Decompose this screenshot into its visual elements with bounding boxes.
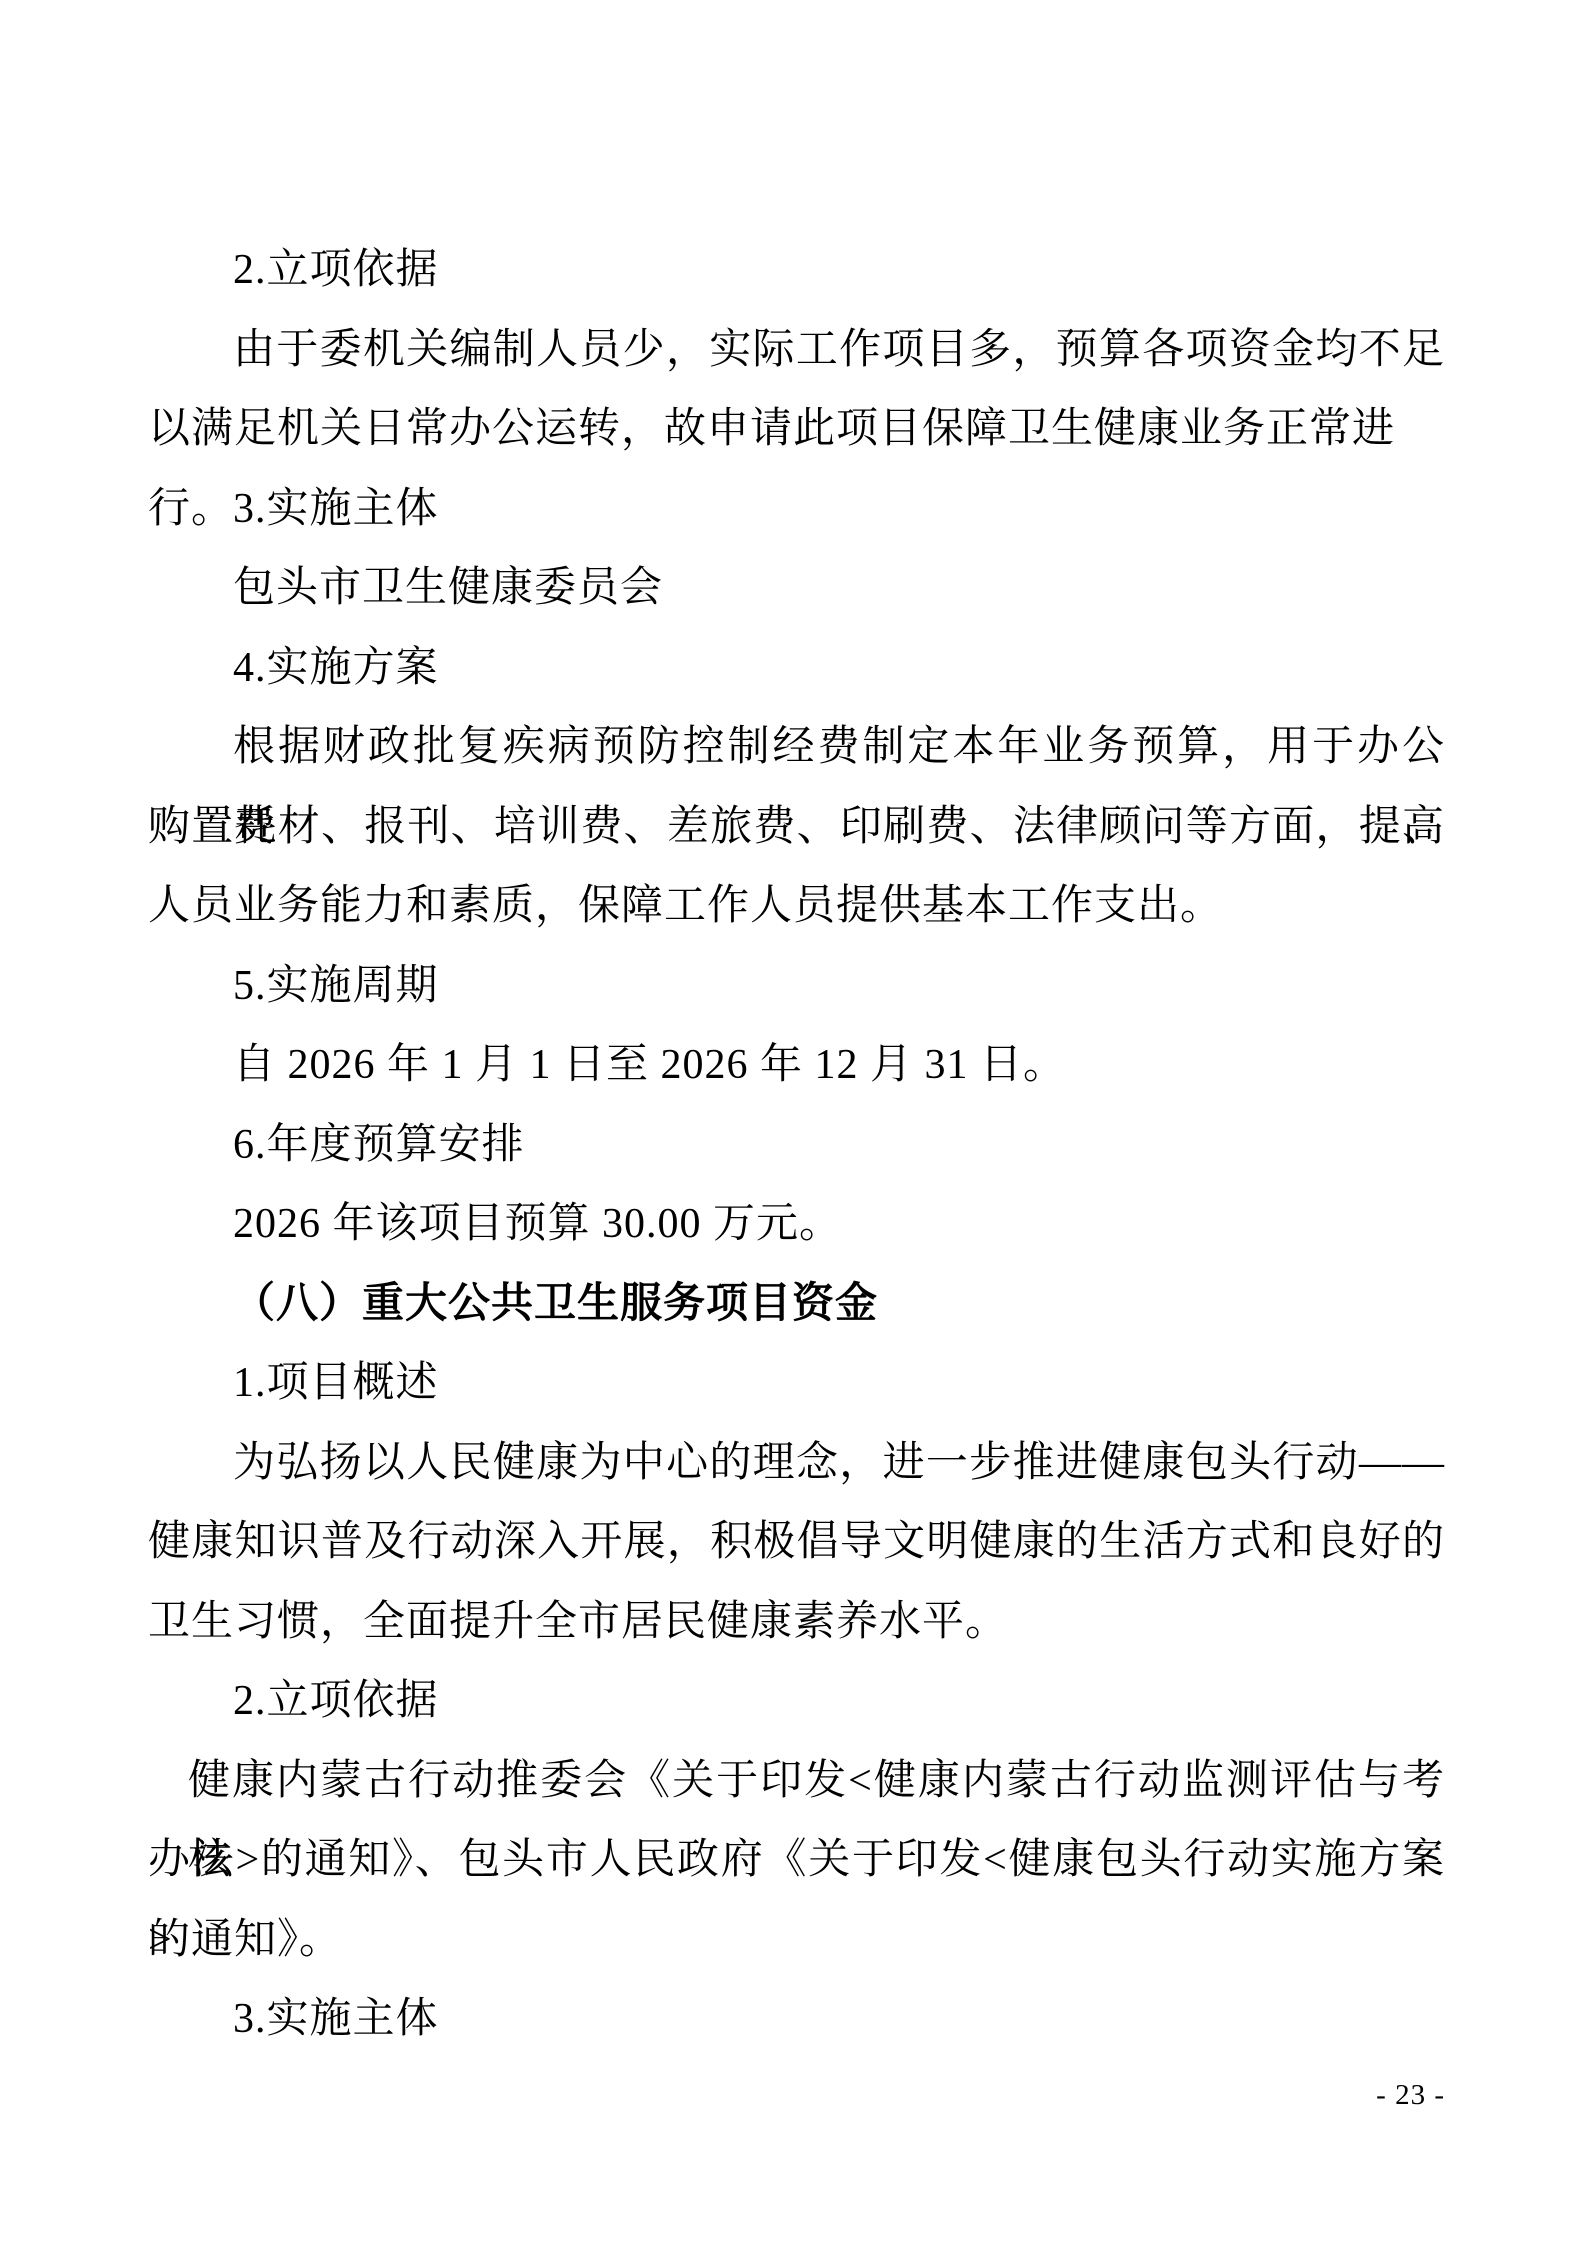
document-text-block: 2.立项依据 由于委机关编制人员少，实际工作项目多，预算各项资金均不足 以满足机…: [148, 231, 1445, 2060]
text-line: 由于委机关编制人员少，实际工作项目多，预算各项资金均不足: [148, 311, 1445, 391]
section-heading: 4.实施方案: [148, 629, 1445, 709]
section-heading: 2.立项依据: [148, 1662, 1445, 1742]
section-heading: 3.实施主体: [148, 470, 1445, 550]
text-line: 自 2026 年 1 月 1 日至 2026 年 12 月 31 日。: [148, 1026, 1445, 1106]
text-line: 以满足机关日常办公运转，故申请此项目保障卫生健康业务正常进行。: [148, 390, 1445, 470]
page-number: - 23 -: [1376, 2078, 1445, 2112]
text-line: 2026 年该项目预算 30.00 万元。: [148, 1185, 1445, 1265]
document-page: 2.立项依据 由于委机关编制人员少，实际工作项目多，预算各项资金均不足 以满足机…: [0, 0, 1588, 2245]
text-line: 健康内蒙古行动推委会《关于印发<健康内蒙古行动监测评估与考核: [148, 1742, 1445, 1822]
section-heading: 6.年度预算安排: [148, 1106, 1445, 1186]
text-line: 购置耗材、报刊、培训费、差旅费、印刷费、法律顾问等方面，提高: [148, 788, 1445, 868]
text-line: 卫生习惯，全面提升全市居民健康素养水平。: [148, 1583, 1445, 1663]
section-heading: 3.实施主体: [148, 1980, 1445, 2060]
text-line: 包头市卫生健康委员会: [148, 549, 1445, 629]
text-line: 健康知识普及行动深入开展，积极倡导文明健康的生活方式和良好的: [148, 1503, 1445, 1583]
section-heading: 5.实施周期: [148, 947, 1445, 1027]
text-line: 为弘扬以人民健康为中心的理念，进一步推进健康包头行动——: [148, 1424, 1445, 1504]
section-heading: 2.立项依据: [148, 231, 1445, 311]
text-line: 人员业务能力和素质，保障工作人员提供基本工作支出。: [148, 867, 1445, 947]
text-line: 办法>的通知》、包头市人民政府《关于印发<健康包头行动实施方案>: [148, 1821, 1445, 1901]
text-line: 根据财政批复疾病预防控制经费制定本年业务预算，用于办公费、: [148, 708, 1445, 788]
text-line: 的通知》。: [148, 1901, 1445, 1981]
section-heading: 1.项目概述: [148, 1344, 1445, 1424]
subsection-heading: （八）重大公共卫生服务项目资金: [148, 1265, 1445, 1345]
